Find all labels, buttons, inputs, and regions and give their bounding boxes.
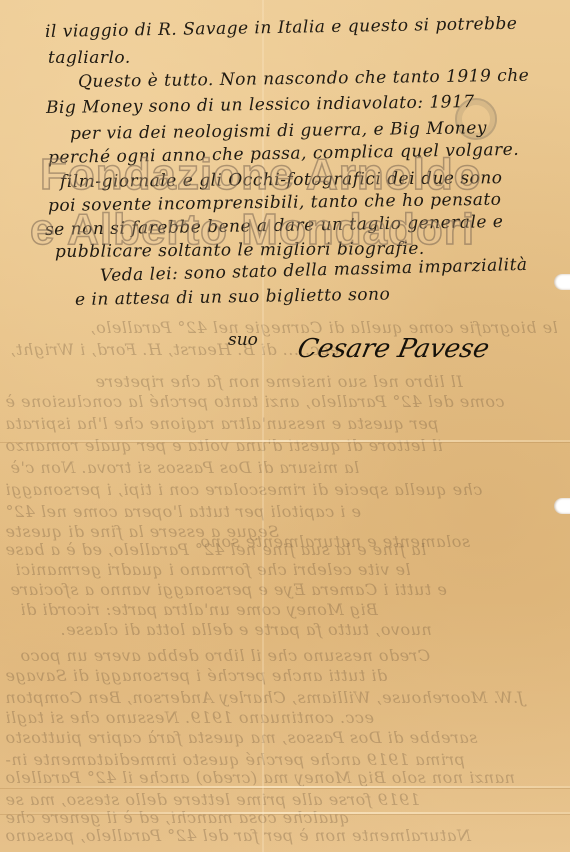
bleed-line: J.W. Moorehouse, Williams, Charley Ander… <box>5 688 524 707</box>
signature: Cesare Pavese <box>295 334 492 364</box>
bleed-line: come del 42° Parallelo, anzi tanto perch… <box>5 392 504 411</box>
letter-line: Questo è tutto. Non nascondo che tanto 1… <box>78 66 530 92</box>
bleed-line: 1919 forse alle prime lettere dello stes… <box>5 790 420 809</box>
bleed-line: ecc. ... di B. Hearst, H. Ford, i Wright… <box>10 340 339 359</box>
bleed-line: per questa e nessun'altra ragione che l'… <box>5 414 439 433</box>
punch-hole <box>554 274 570 290</box>
bleed-line: e i capitoli per tutta l'opera come nel … <box>5 502 361 521</box>
letter-line: Big Money sono di un lessico indiavolato… <box>46 92 475 118</box>
punch-hole <box>554 498 570 514</box>
bleed-line: la fine e la sua fine nel 42° Parallelo,… <box>5 540 426 559</box>
scanned-letter-page: le biografie come quella di Carnegie nel… <box>0 0 570 852</box>
bleed-line: Il libro nel suo insieme non fa che ripe… <box>95 372 463 391</box>
bleed-line: Naturalmente non è per far del 42° Paral… <box>5 826 471 845</box>
letter-line: tagliarlo. <box>48 48 131 68</box>
bleed-line: prima 1919 anche perché questo immediata… <box>5 750 465 769</box>
bleed-line: nuovo, tutto fa parte e della lotta di c… <box>60 620 432 639</box>
bleed-line: Credo nessuno che il libro debba avere u… <box>20 646 430 665</box>
bleed-line: nanzi non solo Big Money ma (credo) anch… <box>5 768 515 787</box>
letter-line: per via dei neologismi di guerra, e Big … <box>70 118 487 144</box>
bleed-line: che quella specie di rimescolare con i t… <box>5 480 482 499</box>
fold-line <box>0 440 570 442</box>
fold-line <box>0 812 570 814</box>
letter-line: e in attesa di un suo biglietto sono <box>75 284 391 309</box>
bleed-line: di tutti anche perché i personaggi di Sa… <box>5 666 387 685</box>
bleed-line: le vite celebri che formano i quadri ger… <box>15 560 411 579</box>
bleed-line: qualche cosa manchi, ed è il genere che <box>5 808 350 827</box>
bleed-line: la misura di Dos Passos si trova. Non c'… <box>10 458 359 477</box>
fold-line <box>0 786 570 788</box>
watermark-line-1: Fondazione Arnoldo <box>40 150 482 200</box>
bleed-line: sarebbe di Dos Passos, ma questa farà ca… <box>5 728 477 747</box>
bleed-line: Big Money come un'altra parte: ricordi d… <box>20 600 378 619</box>
letter-line: il viaggio di R. Savage in Italia e ques… <box>45 14 518 42</box>
bleed-line: e tutti i Camera Eye e personaggi vanno … <box>10 580 447 599</box>
bleed-line: ecc. continuano 1919. Nessuno che si tag… <box>5 708 374 727</box>
bleed-line: il lettore di questi d'una volta e per q… <box>5 436 443 455</box>
letter-closing: suo <box>228 330 258 350</box>
watermark-line-2: e Alberto Mondadori <box>30 205 475 255</box>
